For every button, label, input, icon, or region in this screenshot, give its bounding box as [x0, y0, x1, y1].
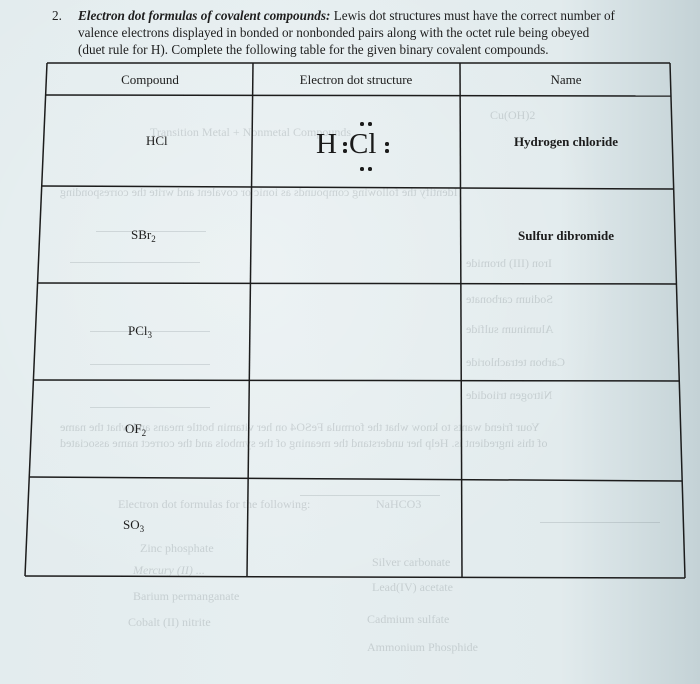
table-rule: [29, 477, 682, 481]
dot-structure-answer-cell[interactable]: [256, 484, 456, 572]
header-compound: Compound: [121, 72, 179, 88]
lone-pair-electron: [360, 122, 364, 126]
lone-pair-electron: [368, 122, 372, 126]
table-rule: [42, 186, 674, 189]
compound-cell: OF2: [125, 421, 146, 438]
lewis-structure-hcl: H Cl: [316, 118, 396, 174]
table-rule: [25, 63, 47, 576]
name-answer-cell[interactable]: [464, 484, 674, 572]
compound-formula: PCl: [128, 323, 148, 338]
compound-subscript: 2: [151, 234, 156, 244]
table-rule: [247, 63, 253, 576]
compound-formula: OF: [125, 421, 142, 436]
dot-structure-answer-cell[interactable]: [256, 385, 456, 473]
table-rule: [33, 380, 679, 381]
name-answer-cell[interactable]: [464, 385, 669, 473]
name-answer-cell[interactable]: [464, 288, 664, 376]
atom-cl: Cl: [349, 128, 376, 161]
bond-electron: [343, 142, 347, 146]
header-electron-dot-structure: Electron dot structure: [300, 72, 413, 88]
compound-formula: SO: [123, 517, 140, 532]
table-rule: [460, 63, 462, 578]
compound-subscript: 2: [142, 428, 147, 438]
lone-pair-electron: [360, 167, 364, 171]
lone-pair-electron: [368, 167, 372, 171]
dot-structure-answer-cell[interactable]: [256, 288, 456, 376]
compound-subscript: 3: [148, 330, 153, 340]
compound-cell: SO3: [123, 517, 144, 534]
lone-pair-electron: [385, 149, 389, 153]
table-rule: [38, 283, 677, 284]
compound-formula: HCl: [146, 133, 168, 148]
header-name: Name: [550, 72, 581, 88]
compound-subscript: 3: [140, 524, 145, 534]
compound-cell: PCl3: [128, 323, 152, 340]
compound-cell: SBr2: [131, 227, 156, 244]
bond-electron: [343, 149, 347, 153]
compound-formula: SBr: [131, 227, 151, 242]
table-rule: [46, 95, 671, 96]
lone-pair-electron: [385, 142, 389, 146]
dot-structure-answer-cell[interactable]: [256, 192, 456, 280]
table-rule: [25, 576, 685, 578]
name-cell: Hydrogen chloride: [514, 134, 618, 150]
name-cell: Sulfur dibromide: [518, 228, 614, 244]
compound-cell: HCl: [146, 133, 168, 150]
atom-h: H: [316, 128, 337, 161]
